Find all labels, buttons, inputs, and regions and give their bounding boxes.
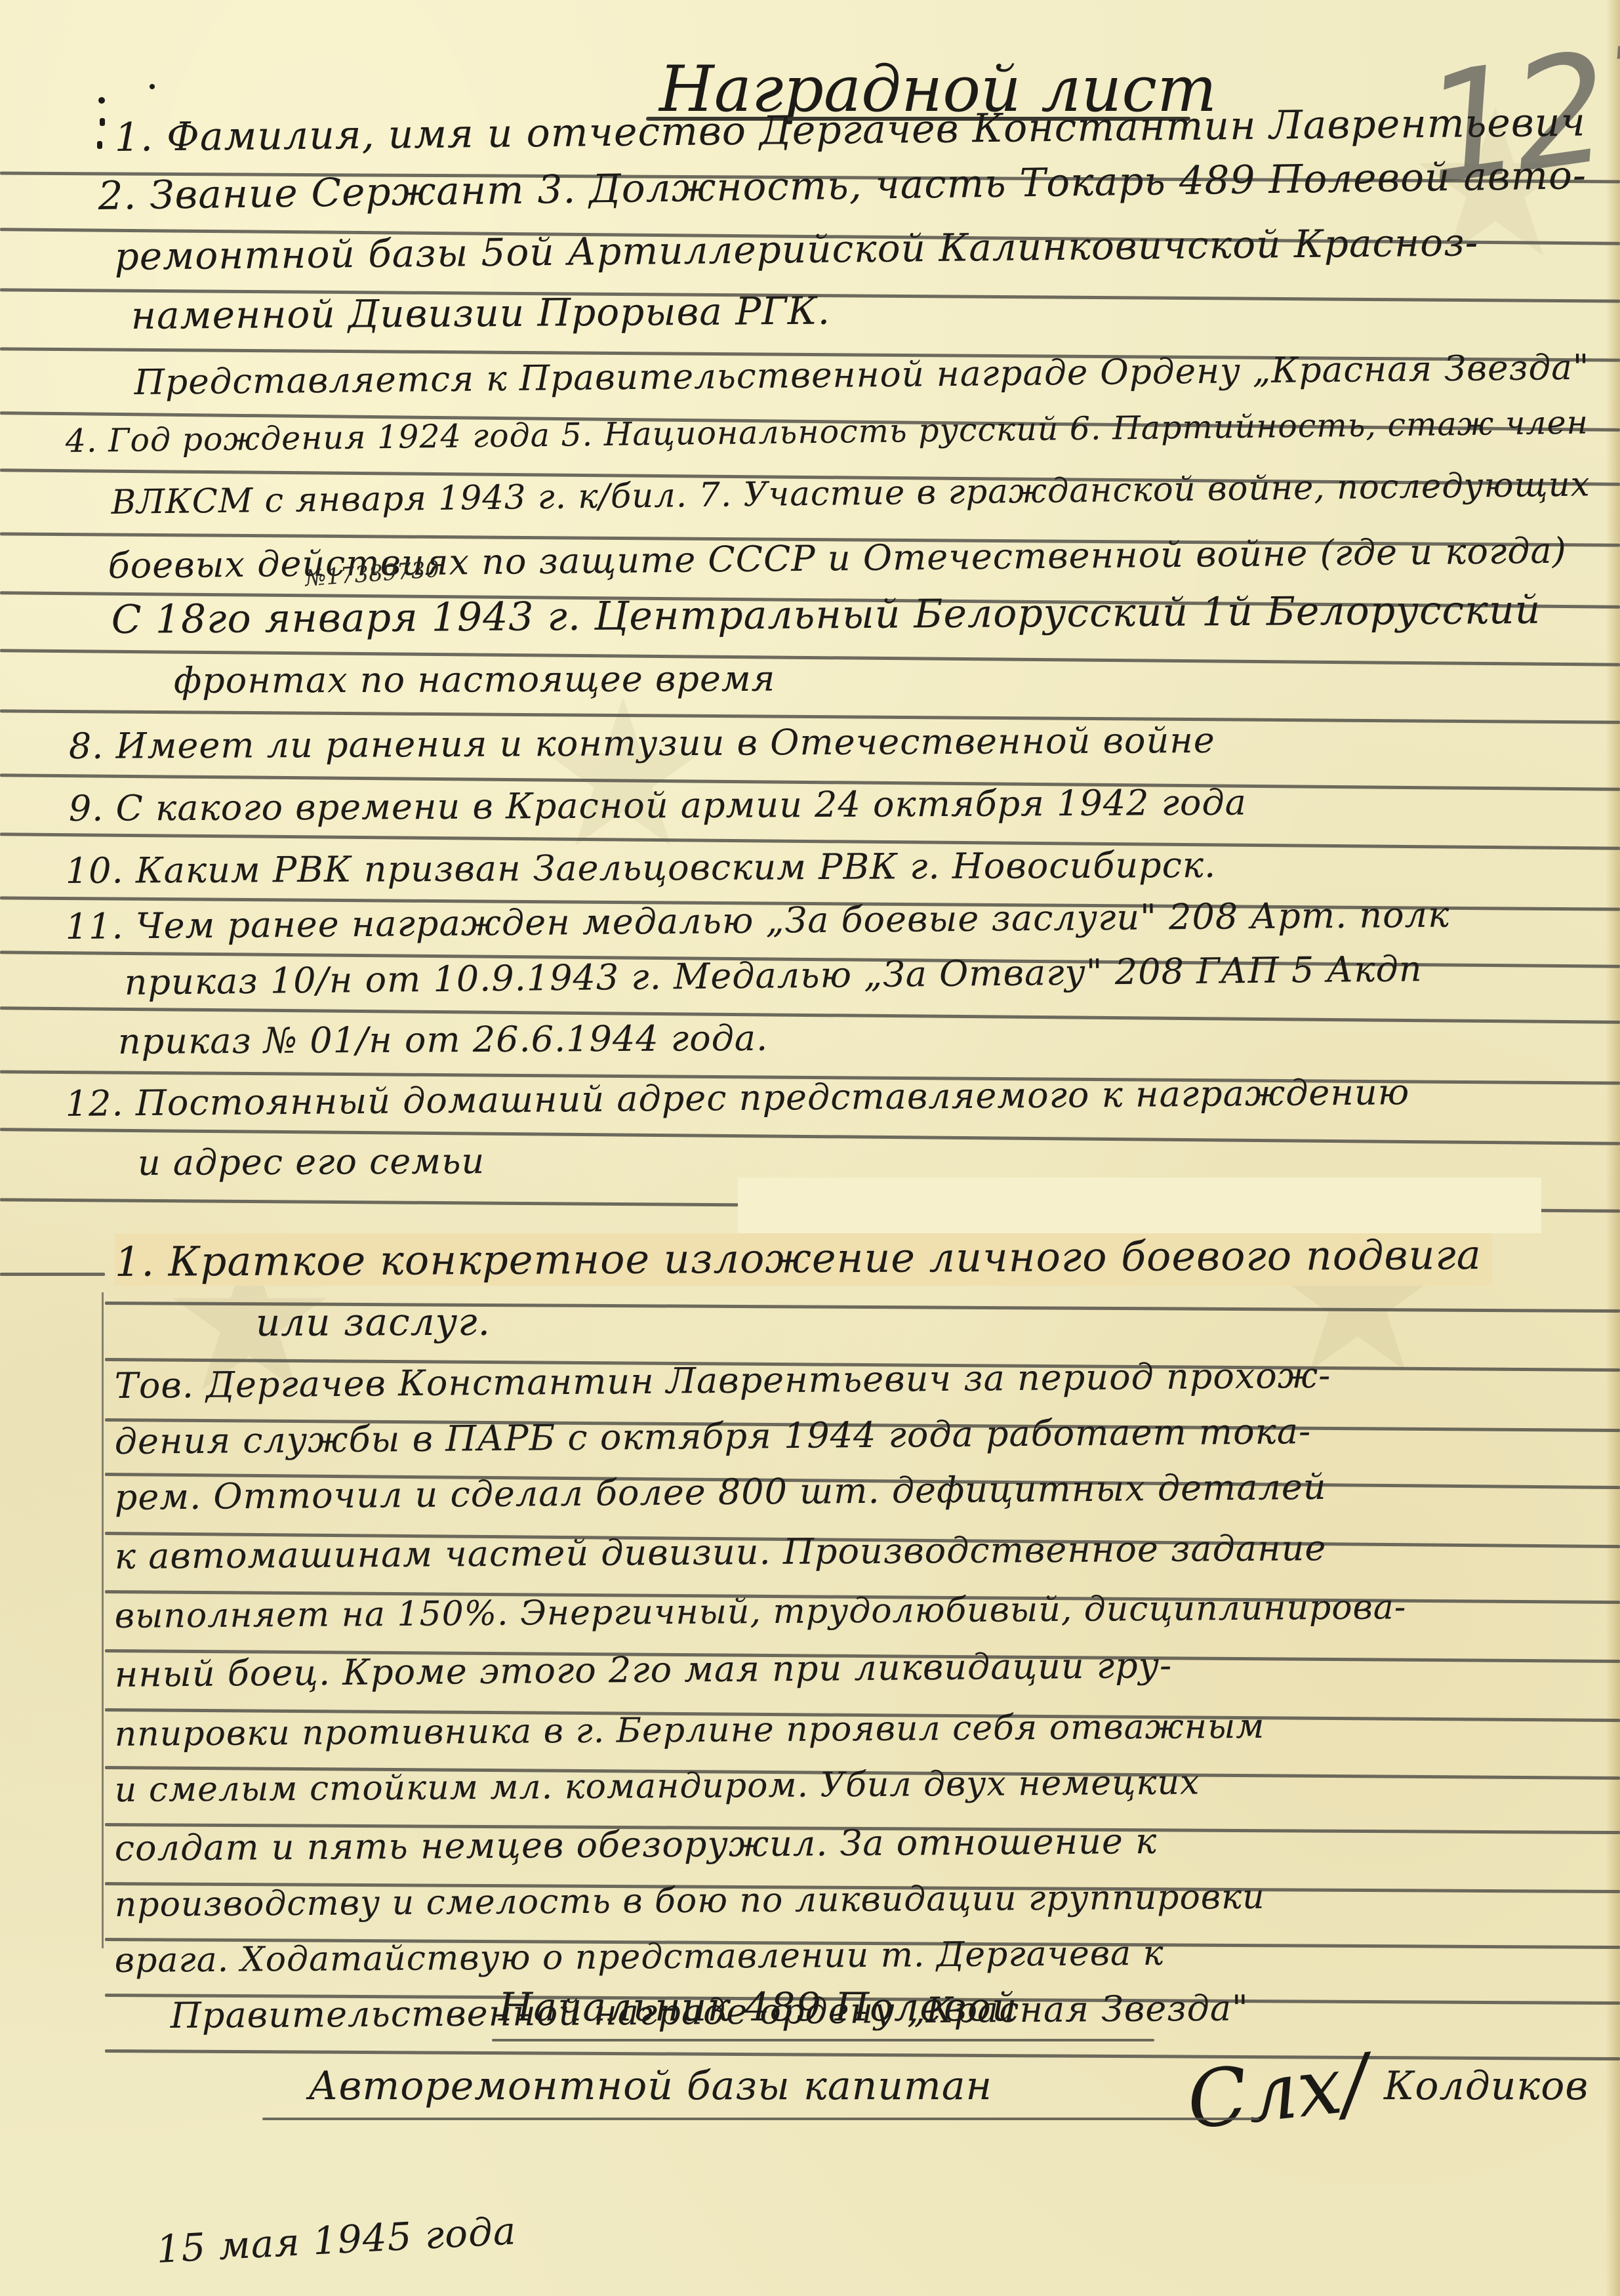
narrative-line: солдат и пять немцев обезоружил. За отно… [115,1824,1158,1866]
form-field-line: фронтах по настоящее время [174,661,776,699]
form-field-line: и адрес его семьи [138,1143,485,1181]
narrative-line: Тов. Дергачев Константин Лаврентьевич за… [115,1358,1331,1404]
narrative-line: врага. Ходатайствую о представлении т. Д… [115,1937,1164,1978]
section-heading-line: 1. Краткое конкретное изложение личного … [115,1235,1482,1282]
narrative-line: дения службы в ПАРБ с октября 1944 года … [115,1414,1312,1460]
narrative-line: и смелым стойким мл. командиром. Убил дв… [115,1765,1200,1807]
ruled-line [0,1273,105,1276]
punch-mark [100,118,105,126]
narrative-line: рем. Отточил и сделал более 800 шт. дефи… [115,1469,1327,1515]
margin-line [102,1292,104,1948]
narrative-line: к автомашинам частей дивизии. Производст… [115,1530,1327,1574]
form-field-line: наменной Дивизии Прорыва РГК. [131,292,831,335]
narrative-line: ппировки противника в г. Берлине проявил… [115,1710,1265,1752]
narrative-line: нный боец. Кроме этого 2го мая при ликви… [115,1648,1173,1692]
narrative-line: производству и смелость в бою по ликвида… [115,1880,1265,1922]
signer-name: Колдиков [1384,2066,1589,2106]
signature: Слх/ [1183,2038,1372,2147]
redaction-bar [738,1178,1541,1233]
form-field-line: приказ № 01/н от 26.6.1944 года. [118,1021,769,1059]
punch-mark [97,141,102,149]
signature-underline [492,2039,1154,2041]
form-field-line: С 18го января 1943 г. Центральный Белору… [111,590,1541,640]
section-heading-line: или заслуг. [256,1303,491,1342]
punch-mark [150,84,155,89]
form-field-line: 8. Имеет ли ранения и контузии в Отечест… [69,723,1215,764]
signature-title-line1: Начальник 489 Полевой [498,1988,1018,2027]
narrative-line: выполняет на 150%. Энергичный, трудолюби… [115,1590,1407,1633]
signature-underline [262,2118,1259,2120]
form-field-line: 9. С какого времени в Красной армии 24 о… [69,785,1247,827]
punch-mark [98,97,105,104]
form-field-line: 10. Каким РВК призван Заельцовским РВК г… [66,848,1217,889]
paper-edge [1606,0,1620,2296]
signature-title-line2: Авторемонтной базы капитан [308,2066,992,2106]
